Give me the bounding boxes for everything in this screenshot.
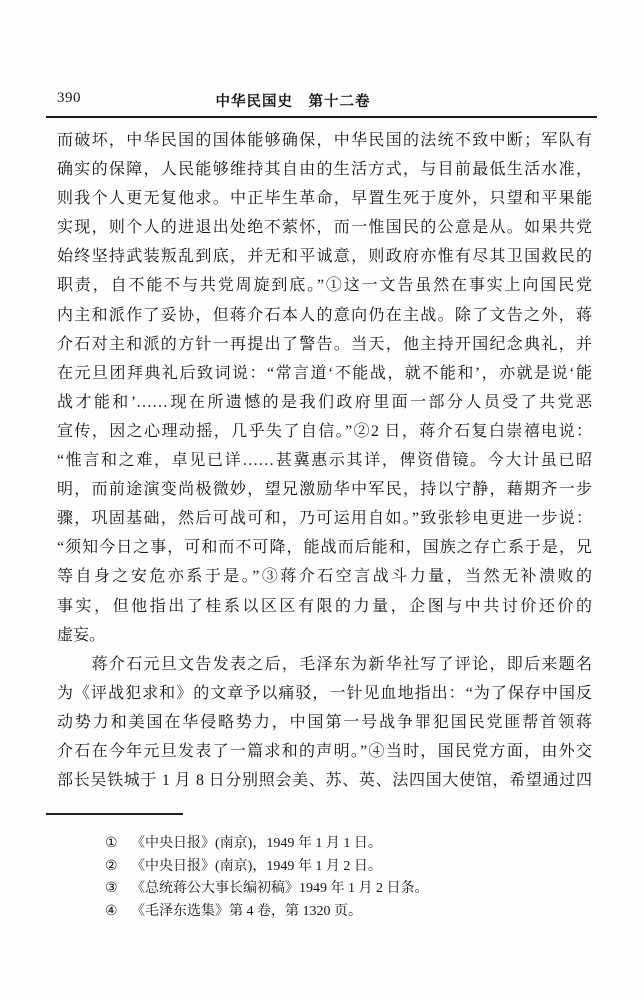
footnote-text: 《中央日报》(南京)，1949 年 1 月 2 日。 <box>131 856 592 879</box>
text-line: 职责，自不能不与共党周旋到底。”①这一文告虽然在事实上向国民党 <box>57 271 592 300</box>
text-line: 骤，巩固基础，然后可战可和，乃可运用自如。”致张轸电更进一步说： <box>57 504 592 533</box>
footnote-item: ④ 《毛泽东选集》第 4 卷，第 1320 页。 <box>57 901 592 924</box>
footnotes: ① 《中央日报》(南京)，1949 年 1 月 1 日。 ② 《中央日报》(南京… <box>57 833 592 923</box>
text-line: 部长吴铁城于 1 月 8 日分别照会美、苏、英、法四国大使馆，希望通过四 <box>57 766 592 795</box>
footnote-item: ③ 《总统蒋公大事长编初稿》1949 年 1 月 2 日条。 <box>57 878 592 901</box>
text-line: “惟言和之难，卓见已详……甚冀惠示其详，俾资借镜。今大计虽已昭 <box>57 446 592 475</box>
text-line: 始终坚持武装叛乱到底，并无和平诚意，则政府亦惟有尽其卫国救民的 <box>57 242 592 271</box>
text-line: 等自身之安危亦系于是。”③蒋介石空言战斗力量，当然无补溃败的 <box>57 562 592 591</box>
footnote-item: ① 《中央日报》(南京)，1949 年 1 月 1 日。 <box>57 833 592 856</box>
footnote-marker: ④ <box>105 901 131 924</box>
footnote-marker: ③ <box>105 878 131 901</box>
text-line: 确实的保障，人民能够维持其自由的生活方式，与目前最低生活水准， <box>57 155 592 184</box>
text-line: 宣传，因之心理动摇，几乎失了自信。”②2 日，蒋介石复白崇禧电说： <box>57 417 592 446</box>
text-line: 实现，则个人的进退出处绝不萦怀，而一惟国民的公意是从。如果共党 <box>57 213 592 242</box>
header-rule <box>46 116 597 118</box>
text-line: 蒋介石元旦文告发表之后，毛泽东为新华社写了评论，即后来题名 <box>57 650 592 679</box>
footnote-text: 《总统蒋公大事长编初稿》1949 年 1 月 2 日条。 <box>131 878 592 901</box>
running-title: 中华民国史 第十二卷 <box>0 90 615 111</box>
text-line: 而破坏，中华民国的国体能够确保，中华民国的法统不致中断；军队有 <box>57 126 592 155</box>
footnote-marker: ① <box>105 833 131 856</box>
text-line: 在元旦团拜典礼后致词说：“常言道‘不能战，就不能和’，亦就是说‘能 <box>57 359 592 388</box>
text-line: 虚妄。 <box>57 621 592 650</box>
body-text: 而破坏，中华民国的国体能够确保，中华民国的法统不致中断；军队有 确实的保障，人民… <box>57 126 592 795</box>
text-line: 战才能和’……现在所遗憾的是我们政府里面一部分人员受了共党恶 <box>57 388 592 417</box>
book-page: 390 中华民国史 第十二卷 而破坏，中华民国的国体能够确保，中华民国的法统不致… <box>0 0 644 1000</box>
text-line: “须知今日之事，可和而不可降，能战而后能和，国族之存亡系于是，兄 <box>57 533 592 562</box>
footnote-item: ② 《中央日报》(南京)，1949 年 1 月 2 日。 <box>57 856 592 879</box>
paragraph-1: 而破坏，中华民国的国体能够确保，中华民国的法统不致中断；军队有 确实的保障，人民… <box>57 126 592 650</box>
footnote-text: 《中央日报》(南京)，1949 年 1 月 1 日。 <box>131 833 592 856</box>
text-line: 明，而前途演变尚极微妙，望兄激励华中军民，持以宁静，藉期齐一步 <box>57 475 592 504</box>
text-line: 动势力和美国在华侵略势力，中国第一号战争罪犯国民党匪帮首领蒋 <box>57 708 592 737</box>
text-line: 内主和派作了妥协，但蒋介石本人的意向仍在主战。除了文告之外，蒋 <box>57 301 592 330</box>
text-line: 事实，但他指出了桂系以区区有限的力量，企图与中共讨价还价的 <box>57 592 592 621</box>
text-line: 介石对主和派的方针一再提出了警告。当天，他主持开国纪念典礼，并 <box>57 330 592 359</box>
paragraph-2: 蒋介石元旦文告发表之后，毛泽东为新华社写了评论，即后来题名 为《评战犯求和》的文… <box>57 650 592 795</box>
text-line: 为《评战犯求和》的文章予以痛驳，一针见血地指出：“为了保存中国反 <box>57 679 592 708</box>
text-line: 介石在今年元旦发表了一篇求和的声明。”④当时，国民党方面，由外交 <box>57 737 592 766</box>
footnote-rule <box>46 813 183 815</box>
text-line: 则我个人更无复他求。中正毕生革命，早置生死于度外，只望和平果能 <box>57 184 592 213</box>
footnote-text: 《毛泽东选集》第 4 卷，第 1320 页。 <box>131 901 592 924</box>
footnote-marker: ② <box>105 856 131 879</box>
